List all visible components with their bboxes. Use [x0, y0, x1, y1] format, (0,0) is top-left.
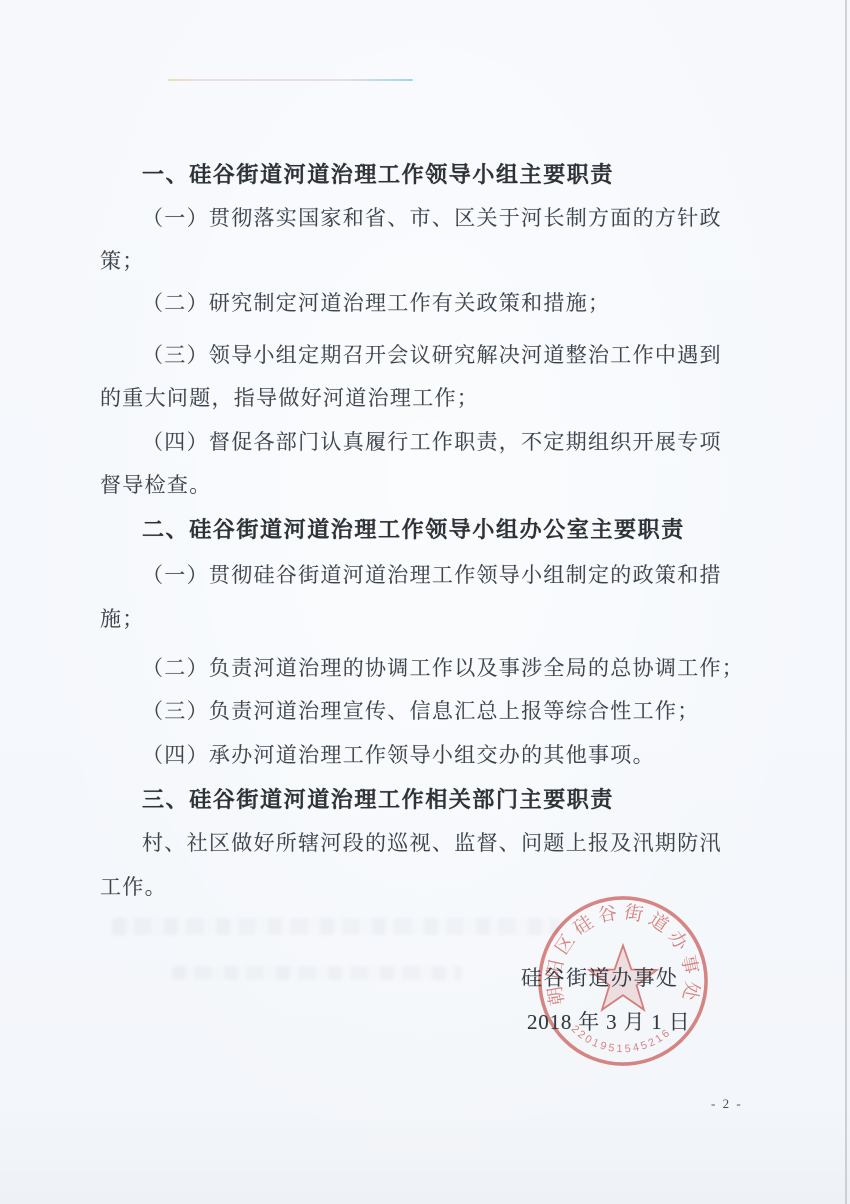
signature-date: 2018 年 3 月 1 日: [527, 1006, 690, 1036]
section-heading: 三、硅谷街道河道治理工作相关部门主要职责: [142, 783, 614, 814]
scan-artifact-line: [168, 79, 413, 81]
document-line: （二）负责河道治理的协调工作以及事涉全局的总协调工作；: [142, 652, 744, 682]
document-line: 策；: [100, 245, 145, 275]
document-line: 村、社区做好所辖河段的巡视、监督、问题上报及汛期防汛: [142, 827, 722, 857]
document-line: 的重大问题，指导做好河道治理工作；: [100, 382, 479, 412]
document-line: （二）研究制定河道治理工作有关政策和措施；: [142, 287, 610, 317]
scan-edge-line: [845, 0, 847, 1204]
section-heading: 一、硅谷街道河道治理工作领导小组主要职责: [142, 158, 614, 189]
document-line: （四）承办河道治理工作领导小组交办的其他事项。: [142, 739, 655, 769]
scanned-document-page: 一、硅谷街道河道治理工作领导小组主要职责 （一）贯彻落实国家和省、市、区关于河长…: [0, 0, 850, 1204]
document-line: （三）负责河道治理宣传、信息汇总上报等综合性工作；: [142, 695, 700, 725]
document-line: 督导检查。: [100, 469, 212, 499]
document-line: （四）督促各部门认真履行工作职责，不定期组织开展专项: [142, 426, 722, 456]
ink-bleed-through: [112, 918, 560, 935]
document-line: 工作。: [100, 871, 167, 901]
document-line: （三）领导小组定期召开会议研究解决河道整治工作中遇到: [142, 339, 722, 369]
document-line: （一）贯彻落实国家和省、市、区关于河长制方面的方针政: [142, 202, 722, 232]
document-line: 施；: [100, 603, 145, 633]
page-number: - 2 -: [711, 1096, 743, 1112]
document-line: （一）贯彻硅谷街道河道治理工作领导小组制定的政策和措: [142, 559, 722, 589]
signing-organization: 硅谷街道办事处: [521, 962, 679, 992]
ink-bleed-through: [172, 966, 462, 980]
section-heading: 二、硅谷街道河道治理工作领导小组办公室主要职责: [142, 513, 685, 544]
